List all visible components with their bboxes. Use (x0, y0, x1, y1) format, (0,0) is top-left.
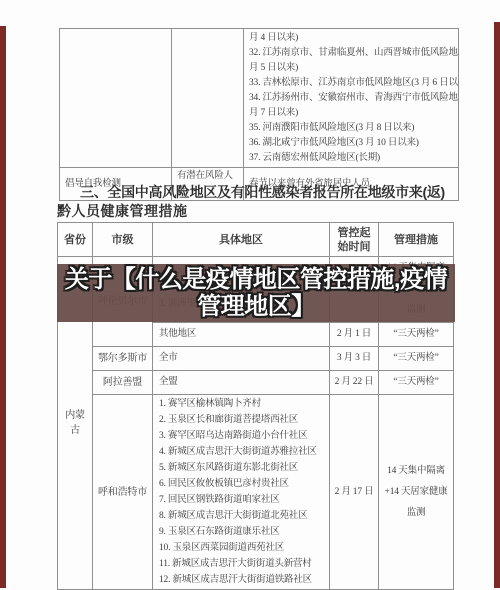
header-specific-area: 具体地区 (153, 223, 330, 257)
area-line: 6. 回民区攸攸板镇巴彦村贵社区 (159, 476, 325, 492)
area-line: 8. 新城区成吉思汗大街街道北苑社区 (159, 508, 325, 524)
area-line: 10. 玉泉区西菜园街道西苑社区 (159, 540, 325, 556)
area-line: 1. 赛罕区榆林镇陶卜齐村 (159, 396, 325, 412)
section-heading-line2: 黔人员健康管理措施 (57, 202, 457, 221)
table-row: 阿拉善盟 全盟 2 月 22 日 “三天两检” (58, 371, 454, 395)
header-start-date: 管控起始时间 (330, 223, 379, 257)
left-red-edge-bar (0, 26, 6, 588)
low-risk-area-table: 月 4 日以来) 32. 江苏南京市、甘肃临夏州、山西晋城市低风险地区(3 月 … (59, 28, 459, 201)
measure-cell: “三天两检” (379, 371, 454, 395)
start-date-cell: 2 月 1 日 (330, 323, 379, 347)
section-heading-line1: 三、全国中高风险地区及有阳性感染者报告所在地级市来(返) (57, 183, 457, 202)
list-line: 35. 河南濮阳市低风险地区(3 月 8 日以来) (249, 121, 453, 136)
list-line: 37. 云南德宏州低风险地区(长期) (249, 151, 453, 166)
table-header-row: 省份 市级 具体地区 管控起始时间 管理措施 (58, 223, 454, 257)
header-city: 市级 (93, 223, 153, 257)
measure-cell: “三天两检” (379, 323, 454, 347)
city-cell-alxa: 阿拉善盟 (93, 371, 153, 395)
list-line: 月 4 日以来) (249, 31, 453, 46)
measure-cell: 14 天集中隔离+14 天居家健康监测 (379, 395, 454, 590)
list-line: 33. 吉林松原市、江苏南京市低风险地区(3 月 6 日以来) (249, 76, 453, 91)
section-heading: 三、全国中高风险地区及有阳性感染者报告所在地级市来(返) 黔人员健康管理措施 (57, 183, 457, 221)
city-cell-erdos: 鄂尔多斯市 (93, 347, 153, 371)
list-line: 月 7 日以来) (249, 106, 453, 121)
area-line: 4. 新城区成吉思汗大街街道苏雅拉社区 (159, 444, 325, 460)
start-date-cell: 2 月 17 日 (330, 395, 379, 590)
overlay-title-line2: 管理地区】 (197, 293, 315, 320)
area-line: 9. 玉泉区石东路街道康乐社区 (159, 524, 325, 540)
area-line: 11. 新城区成吉思汗大街街道头新营村 (159, 556, 325, 572)
start-date-cell: 3 月 3 日 (330, 347, 379, 371)
area-cell: 其他地区 (153, 323, 330, 347)
header-province: 省份 (58, 223, 93, 257)
empty-group-cell (172, 29, 244, 168)
right-red-edge-bar (494, 22, 500, 588)
area-line: 12. 新城区成吉思汗大街街道铁路社区 (159, 572, 325, 588)
list-line: 32. 江苏南京市、甘肃临夏州、山西晋城市低风险地区(3 (249, 46, 453, 61)
table-row: 鄂尔多斯市 全市 3 月 3 日 “三天两检” (58, 347, 454, 371)
city-cell-hohhot: 呼和浩特市 (93, 395, 153, 590)
area-line: 5. 新城区东风路街道东影北街社区 (159, 460, 325, 476)
area-list-cell: 1. 赛罕区榆林镇陶卜齐村 2. 玉泉区长和廊街道菩提塔西社区 3. 赛罕区昭乌… (153, 395, 330, 590)
list-line: 34. 江苏扬州市、安徽宿州市、青海西宁市低风险地区(3 (249, 91, 453, 106)
area-line: 7. 回民区钢铁路街道咱家社区 (159, 492, 325, 508)
overlay-banner: 关于【什么是疫情地区管控措施,疫情 管理地区】 (57, 264, 455, 322)
area-cell: 全盟 (153, 371, 330, 395)
overlay-title-line1: 关于【什么是疫情地区管控措施,疫情 (65, 266, 447, 293)
area-line: 3. 赛罕区昭乌达南路街道小台什社区 (159, 428, 325, 444)
measure-cell: “三天两检” (379, 347, 454, 371)
low-risk-area-list-cell: 月 4 日以来) 32. 江苏南京市、甘肃临夏州、山西晋城市低风险地区(3 月 … (244, 29, 459, 168)
list-line: 月 5 日以来) (249, 61, 453, 76)
start-date-cell: 2 月 22 日 (330, 371, 379, 395)
list-line: 36. 湖北咸宁市低风险地区(3 月 10 日以来) (249, 136, 453, 151)
area-line: 2. 玉泉区长和廊街道菩提塔西社区 (159, 412, 325, 428)
header-measures: 管理措施 (379, 223, 454, 257)
empty-measure-cell (60, 29, 172, 168)
table-row: 呼和浩特市 1. 赛罕区榆林镇陶卜齐村 2. 玉泉区长和廊街道菩提塔西社区 3.… (58, 395, 454, 590)
document-page: 月 4 日以来) 32. 江苏南京市、甘肃临夏州、山西晋城市低风险地区(3 月 … (0, 0, 500, 590)
area-cell: 全市 (153, 347, 330, 371)
